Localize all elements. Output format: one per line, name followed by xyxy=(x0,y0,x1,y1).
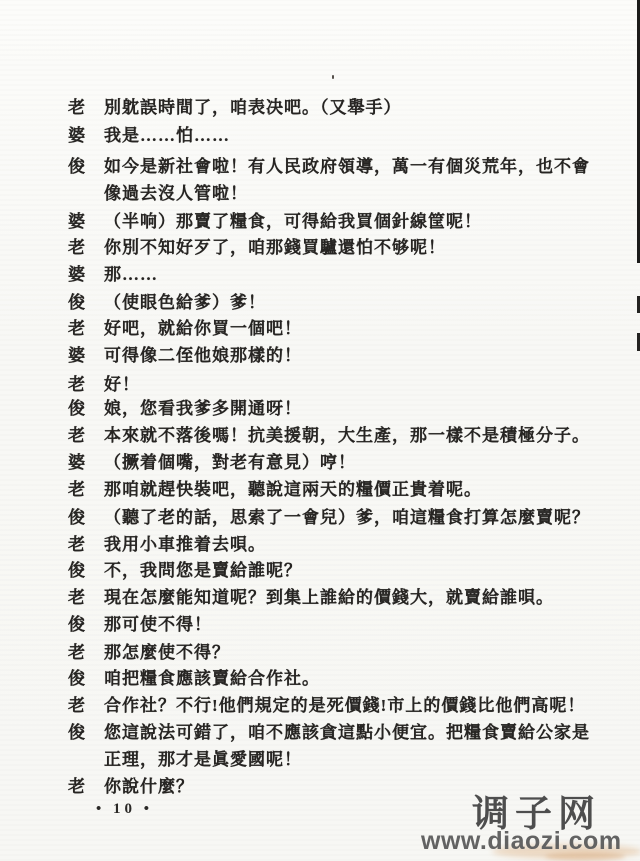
dialogue-text: 本來就不落後嗎！抗美援朝，大生產，那一樣不是積極分子。 xyxy=(104,421,590,446)
speaker-label: 老 xyxy=(68,93,92,118)
dialogue-text: 好吧，就給你買一個吧！ xyxy=(104,314,302,339)
dialogue-text: 好！ xyxy=(104,370,140,395)
speaker-label: 老 xyxy=(68,421,92,446)
dialogue-text: （撅着個嘴，對老有意見）哼！ xyxy=(104,448,356,473)
speaker-label: 婆 xyxy=(68,260,92,285)
speaker-label: 老 xyxy=(68,233,92,258)
dialogue-text: 別躭誤時間了，咱表决吧。（又舉手） xyxy=(104,93,402,118)
dialogue-text: 那咱就趕快裝吧，聽說這兩天的糧價正貴着呢。 xyxy=(104,475,482,500)
dialogue-text: 像過去沒人管啦！ xyxy=(104,179,248,204)
speaker-label: 婆 xyxy=(68,448,92,473)
speaker-label: 俊 xyxy=(68,556,92,581)
dialogue-text: （聽了老的話，思索了一會兒）爹，咱這糧食打算怎麼賣呢？ xyxy=(104,503,590,528)
dialogue-text: 合作社？不行!他們規定的是死價錢!市上的價錢比他們高呢！ xyxy=(104,691,585,716)
page-number: • 10 • xyxy=(96,801,153,818)
speaker-label: 俊 xyxy=(68,152,92,177)
speaker-label: 老 xyxy=(68,370,92,395)
speaker-label: 婆 xyxy=(68,341,92,366)
scan-edge-artifact xyxy=(637,296,640,313)
speaker-label: 俊 xyxy=(68,610,92,635)
speaker-label: 俊 xyxy=(68,664,92,689)
dialogue-text: 可得像二侄他娘那樣的！ xyxy=(104,341,302,366)
dialogue-text: 你說什麼？ xyxy=(104,772,194,797)
speaker-label: 老 xyxy=(68,691,92,716)
dialogue-text: 那可使不得！ xyxy=(104,610,212,635)
dialogue-text: （半响）那賣了糧食，可得給我買個針線筐呢！ xyxy=(104,207,482,232)
dialogue-text: 你別不知好歹了，咱那錢買驢還怕不够呢！ xyxy=(104,233,446,258)
speaker-label: 老 xyxy=(68,314,92,339)
dialogue-text: 我是……怕…… xyxy=(104,121,230,146)
dialogue-text: 那…… xyxy=(104,260,158,285)
speaker-label: 俊 xyxy=(68,394,92,419)
speaker-label: 俊 xyxy=(68,503,92,528)
speaker-label: 婆 xyxy=(68,207,92,232)
dialogue-text: 正理，那才是眞愛國呢！ xyxy=(104,745,302,770)
speaker-label: 老 xyxy=(68,638,92,663)
dialogue-text: 咱把糧食應該賣給合作社。 xyxy=(104,664,320,689)
dialogue-text: 如今是新社會啦！有人民政府領導，萬一有個災荒年，也不會 xyxy=(104,152,590,177)
dialogue-text: 那怎麼使不得？ xyxy=(104,638,230,663)
speaker-label: 老 xyxy=(68,772,92,797)
speaker-label: 俊 xyxy=(68,718,92,743)
dialogue-text: 我用小車推着去唄。 xyxy=(104,530,266,555)
scan-edge-artifact xyxy=(637,0,640,263)
speaker-label: 老 xyxy=(68,530,92,555)
scan-speck-artifact xyxy=(332,75,334,79)
speaker-label: 老 xyxy=(68,583,92,608)
speaker-label: 婆 xyxy=(68,121,92,146)
dialogue-text: 不，我問您是賣給誰呢？ xyxy=(104,556,302,581)
speaker-label: 老 xyxy=(68,475,92,500)
dialogue-text: 現在怎麼能知道呢？到集上誰給的價錢大，就賣給誰唄。 xyxy=(104,583,554,608)
dialogue-text: 娘，您看我爹多開通呀！ xyxy=(104,394,302,419)
scan-edge-artifact xyxy=(637,333,640,351)
scanned-script-page: 老 別躭誤時間了，咱表决吧。（又舉手） 婆 我是……怕…… 俊 如今是新社會啦！… xyxy=(0,0,640,861)
speaker-label: 俊 xyxy=(68,288,92,313)
watermark-site-url: www.diaozi.com xyxy=(421,827,622,856)
dialogue-text: （使眼色給爹）爹！ xyxy=(104,288,266,313)
dialogue-text: 您這說法可錯了，咱不應該貪這點小便宜。把糧食賣給公家是 xyxy=(104,718,590,743)
